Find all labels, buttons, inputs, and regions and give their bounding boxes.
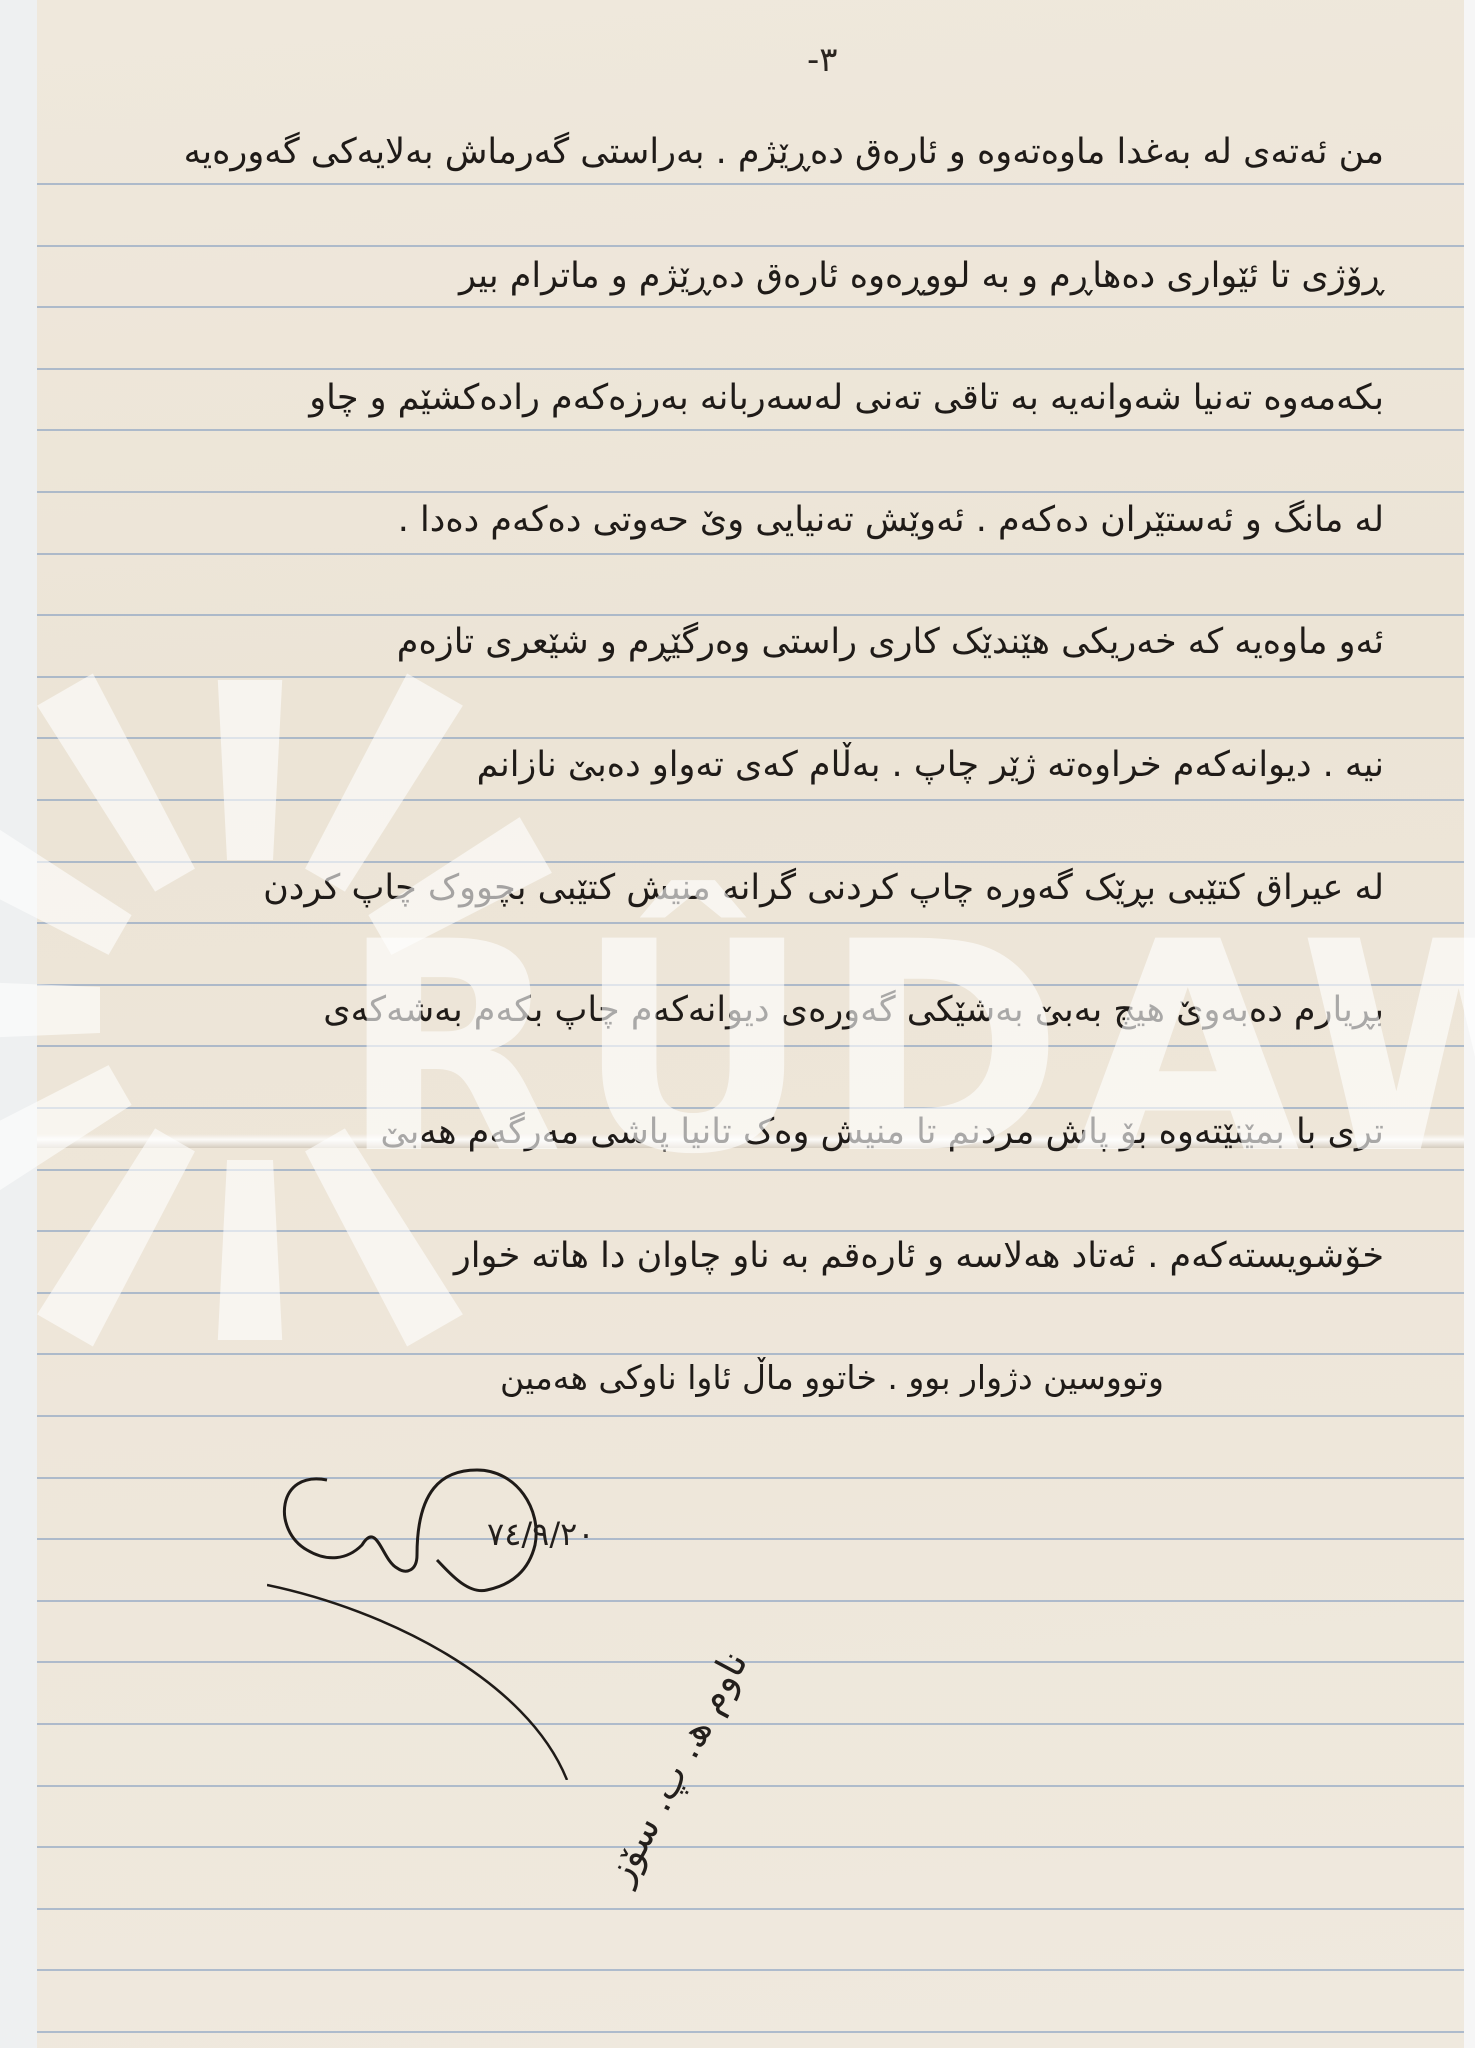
letter-closing-line: وتووسین دژوار بوو . خاتوو ماڵ ئاوا ناوکی… bbox=[500, 1358, 1164, 1397]
ruled-line bbox=[37, 553, 1464, 555]
ruled-line bbox=[37, 1045, 1464, 1047]
ruled-line bbox=[37, 737, 1464, 739]
ruled-line bbox=[37, 1846, 1464, 1848]
ruled-line bbox=[37, 1908, 1464, 1910]
ruled-line bbox=[37, 2031, 1464, 2033]
ruled-line bbox=[37, 491, 1464, 493]
letter-line: نیە . دیوانەکەم خراوەتە ژێر چاپ . بەڵام … bbox=[477, 745, 1384, 785]
ruled-line bbox=[37, 1600, 1464, 1602]
ruled-line bbox=[37, 1969, 1464, 1971]
letter-line: ئەو ماوەیە کە خەریکی هێندێک کاری راستی و… bbox=[397, 622, 1384, 662]
ruled-line bbox=[37, 676, 1464, 678]
letter-line: خۆشویستەکەم . ئەتاد هەلاسە و ئارەقم بە ن… bbox=[454, 1236, 1384, 1276]
letter-paper: -٣ من ئەتەی لە بەغدا ماوەتەوە و ئارەق دە… bbox=[37, 0, 1464, 2048]
ruled-line bbox=[37, 1785, 1464, 1787]
letter-line: بکەمەوە تەنیا شەوانەیە بە تاقی تەنی لەسە… bbox=[309, 378, 1384, 418]
ruled-line bbox=[37, 1538, 1464, 1540]
page-number: -٣ bbox=[807, 40, 838, 80]
ruled-line bbox=[37, 183, 1464, 185]
ruled-line bbox=[37, 799, 1464, 801]
ruled-line bbox=[37, 1353, 1464, 1355]
letter-line: بڕیارم دەبەوێ هیچ بەبێ بەشێکی گەورەی دیو… bbox=[323, 990, 1384, 1030]
letter-line: من ئەتەی لە بەغدا ماوەتەوە و ئارەق دەڕێژ… bbox=[184, 132, 1384, 172]
ruled-line bbox=[37, 368, 1464, 370]
ruled-line bbox=[37, 306, 1464, 308]
ruled-line bbox=[37, 922, 1464, 924]
scan-margin bbox=[1464, 0, 1475, 2048]
letter-date: ٧٤/٩/٢٠ bbox=[487, 1515, 595, 1553]
letter-line: لە عیراق کتێبی بڕێک گەورە چاپ کردنی گران… bbox=[263, 868, 1384, 908]
signature bbox=[267, 1450, 687, 1780]
letter-line: تری با بمێنێتەوە بۆ پاش مردنم تا منیش وە… bbox=[380, 1112, 1384, 1152]
ruled-line bbox=[37, 245, 1464, 247]
ruled-line bbox=[37, 1292, 1464, 1294]
ruled-line bbox=[37, 429, 1464, 431]
ruled-line bbox=[37, 614, 1464, 616]
ruled-line bbox=[37, 1477, 1464, 1479]
ruled-line bbox=[37, 861, 1464, 863]
ruled-line bbox=[37, 1723, 1464, 1725]
ruled-line bbox=[37, 984, 1464, 986]
ruled-line bbox=[37, 1169, 1464, 1171]
ruled-line bbox=[37, 1415, 1464, 1417]
letter-line: ڕۆژی تا ئێواری دەهاڕم و بە لووڕەوە ئارەق… bbox=[459, 256, 1384, 296]
ruled-line bbox=[37, 1107, 1464, 1109]
ruled-line bbox=[37, 1230, 1464, 1232]
letter-line: لە مانگ و ئەستێران دەکەم . ئەوێش تەنیایی… bbox=[398, 500, 1384, 540]
